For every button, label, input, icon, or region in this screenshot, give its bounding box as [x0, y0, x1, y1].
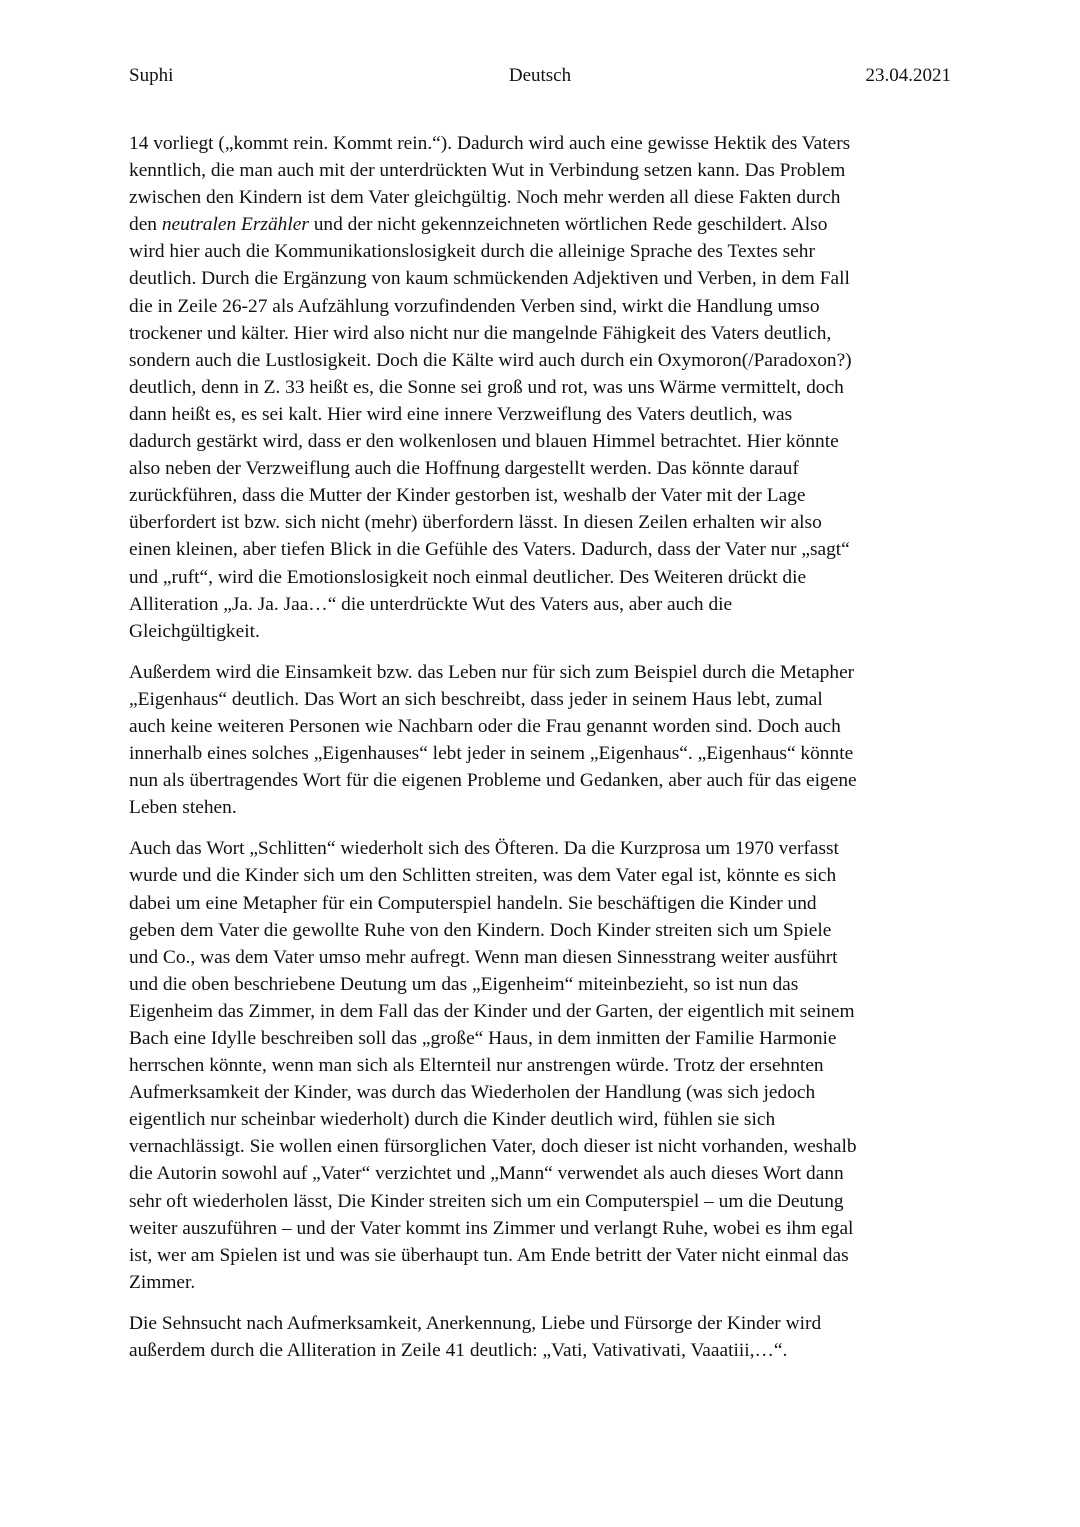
- text-line: Bach eine Idylle beschreiben soll das „g…: [129, 1025, 959, 1052]
- text-segment: und der nicht gekennzeichneten wörtliche…: [309, 214, 828, 235]
- text-line: zwischen den Kindern ist dem Vater gleic…: [129, 184, 959, 211]
- text-line: ist, wer am Spielen ist und was sie über…: [129, 1242, 959, 1269]
- text-line: und „ruft“, wird die Emotionslosigkeit n…: [129, 564, 959, 591]
- page-header: Suphi Deutsch 23.04.2021: [129, 64, 951, 88]
- paragraph-3: Auch das Wort „Schlitten“ wiederholt sic…: [129, 835, 959, 1296]
- text-line: überfordert ist bzw. sich nicht (mehr) ü…: [129, 509, 959, 536]
- text-line: vernachlässigt. Sie wollen einen fürsorg…: [129, 1133, 959, 1160]
- text-line: kenntlich, die man auch mit der unterdrü…: [129, 157, 959, 184]
- text-line: Zimmer.: [129, 1269, 959, 1296]
- text-line: Alliteration „Ja. Ja. Jaa…“ die unterdrü…: [129, 591, 959, 618]
- text-line: die in Zeile 26-27 als Aufzählung vorzuf…: [129, 293, 959, 320]
- text-line: geben dem Vater die gewollte Ruhe von de…: [129, 917, 959, 944]
- text-line: dabei um eine Metapher für ein Computers…: [129, 890, 959, 917]
- text-line: Die Sehnsucht nach Aufmerksamkeit, Anerk…: [129, 1310, 959, 1337]
- text-line: Auch das Wort „Schlitten“ wiederholt sic…: [129, 835, 959, 862]
- text-line: weiter auszuführen – und der Vater kommt…: [129, 1215, 959, 1242]
- text-line: einen kleinen, aber tiefen Blick in die …: [129, 536, 959, 563]
- text-line: Gleichgültigkeit.: [129, 618, 959, 645]
- text-line: Außerdem wird die Einsamkeit bzw. das Le…: [129, 659, 959, 686]
- emphasis-term: neutralen Erzähler: [162, 214, 309, 235]
- text-line: „Eigenhaus“ deutlich. Das Wort an sich b…: [129, 686, 959, 713]
- text-segment: den: [129, 214, 162, 235]
- text-line: den neutralen Erzähler und der nicht gek…: [129, 211, 959, 238]
- text-line: außerdem durch die Alliteration in Zeile…: [129, 1337, 959, 1364]
- text-line: zurückführen, dass die Mutter der Kinder…: [129, 482, 959, 509]
- text-line: wurde und die Kinder sich um den Schlitt…: [129, 862, 959, 889]
- text-line: wird hier auch die Kommunikationslosigke…: [129, 238, 959, 265]
- text-line: also neben der Verzweiflung auch die Hof…: [129, 455, 959, 482]
- text-line: sondern auch die Lustlosigkeit. Doch die…: [129, 347, 959, 374]
- text-line: Leben stehen.: [129, 794, 959, 821]
- text-line: deutlich, denn in Z. 33 heißt es, die So…: [129, 374, 959, 401]
- paragraph-1: 14 vorliegt („kommt rein. Kommt rein.“).…: [129, 130, 959, 645]
- text-line: deutlich. Durch die Ergänzung von kaum s…: [129, 265, 959, 292]
- text-line: die Autorin sowohl auf „Vater“ verzichte…: [129, 1160, 959, 1187]
- text-line: auch keine weiteren Personen wie Nachbar…: [129, 713, 959, 740]
- text-line: herrschen könnte, wenn man sich als Elte…: [129, 1052, 959, 1079]
- paragraph-2: Außerdem wird die Einsamkeit bzw. das Le…: [129, 659, 959, 822]
- text-line: innerhalb eines solches „Eigenhauses“ le…: [129, 740, 959, 767]
- header-subject: Deutsch: [129, 64, 951, 88]
- paragraph-4: Die Sehnsucht nach Aufmerksamkeit, Anerk…: [129, 1310, 959, 1364]
- text-line: und die oben beschriebene Deutung um das…: [129, 971, 959, 998]
- text-line: Eigenheim das Zimmer, in dem Fall das de…: [129, 998, 959, 1025]
- document-body: 14 vorliegt („kommt rein. Kommt rein.“).…: [129, 130, 959, 1378]
- header-date: 23.04.2021: [866, 64, 952, 88]
- text-line: Aufmerksamkeit der Kinder, was durch das…: [129, 1079, 959, 1106]
- text-line: 14 vorliegt („kommt rein. Kommt rein.“).…: [129, 130, 959, 157]
- text-line: dann heißt es, es sei kalt. Hier wird ei…: [129, 401, 959, 428]
- text-line: trockener und kälter. Hier wird also nic…: [129, 320, 959, 347]
- text-line: nun als übertragendes Wort für die eigen…: [129, 767, 959, 794]
- text-line: und Co., was dem Vater umso mehr aufregt…: [129, 944, 959, 971]
- text-line: sehr oft wiederholen lässt, Die Kinder s…: [129, 1188, 959, 1215]
- text-line: dadurch gestärkt wird, dass er den wolke…: [129, 428, 959, 455]
- text-line: eigentlich nur scheinbar wiederholt) dur…: [129, 1106, 959, 1133]
